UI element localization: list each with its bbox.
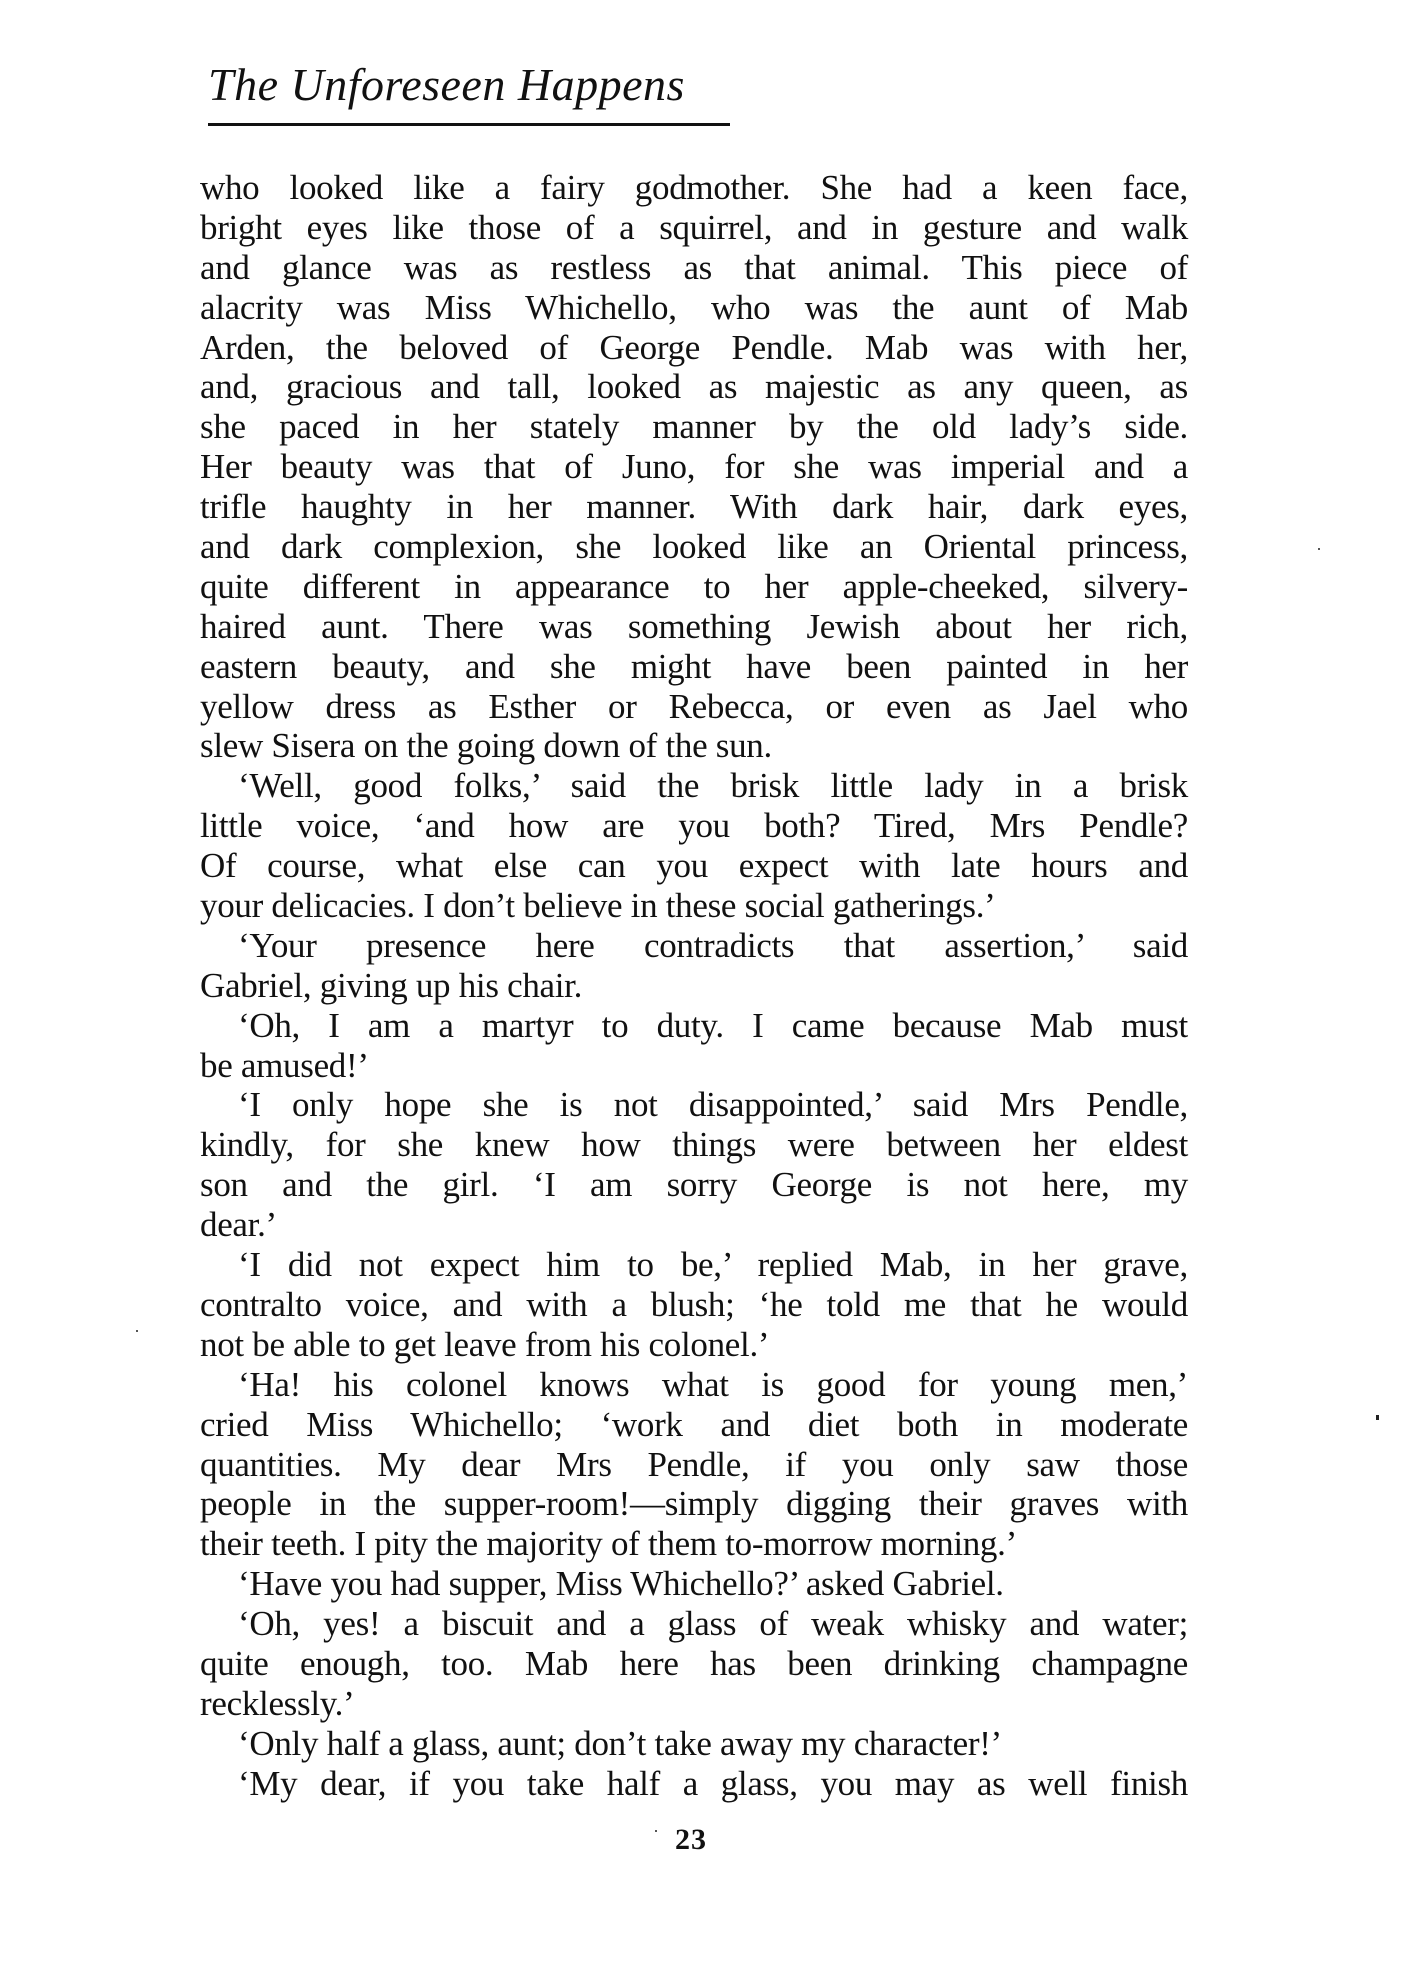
text-line: not be able to get leave from his colone… [200, 1325, 1188, 1365]
scan-speck [655, 1830, 657, 1832]
text-line: cried Miss Whichello; ‘work and diet bot… [200, 1405, 1188, 1445]
text-line: your delicacies. I don’t believe in thes… [200, 886, 1188, 926]
text-line: contralto voice, and with a blush; ‘he t… [200, 1285, 1188, 1325]
body-text: who looked like a fairy godmother. She h… [200, 168, 1188, 1804]
text-line: eastern beauty, and she might have been … [200, 647, 1188, 687]
text-line: haired aunt. There was something Jewish … [200, 607, 1188, 647]
text-line: bright eyes like those of a squirrel, an… [200, 208, 1188, 248]
scan-speck [1376, 1415, 1379, 1420]
text-line: ‘I only hope she is not disappointed,’ s… [200, 1085, 1188, 1125]
text-line: dear.’ [200, 1205, 1188, 1245]
text-line: alacrity was Miss Whichello, who was the… [200, 288, 1188, 328]
text-line: yellow dress as Esther or Rebecca, or ev… [200, 687, 1188, 727]
text-line: ‘My dear, if you take half a glass, you … [200, 1764, 1188, 1804]
text-line: ‘Ha! his colonel knows what is good for … [200, 1365, 1188, 1405]
text-line: little voice, ‘and how are you both? Tir… [200, 806, 1188, 846]
text-line: quantities. My dear Mrs Pendle, if you o… [200, 1445, 1188, 1485]
text-line: and dark complexion, she looked like an … [200, 527, 1188, 567]
scan-speck [136, 1330, 138, 1332]
text-line: trifle haughty in her manner. With dark … [200, 487, 1188, 527]
text-line: Of course, what else can you expect with… [200, 846, 1188, 886]
text-line: slew Sisera on the going down of the sun… [200, 726, 1188, 766]
text-line: ‘Oh, yes! a biscuit and a glass of weak … [200, 1604, 1188, 1644]
scan-speck [1318, 548, 1320, 550]
text-line: people in the supper-room!—simply diggin… [200, 1484, 1188, 1524]
text-line: quite enough, too. Mab here has been dri… [200, 1644, 1188, 1684]
text-line: and, gracious and tall, looked as majest… [200, 367, 1188, 407]
text-line: quite different in appearance to her app… [200, 567, 1188, 607]
running-head-rule [208, 123, 730, 126]
text-line: ‘Well, good folks,’ said the brisk littl… [200, 766, 1188, 806]
text-line: ‘Only half a glass, aunt; don’t take awa… [200, 1724, 1188, 1764]
text-line: ‘Your presence here contradicts that ass… [200, 926, 1188, 966]
text-line: ‘Oh, I am a martyr to duty. I came becau… [200, 1006, 1188, 1046]
text-line: and glance was as restless as that anima… [200, 248, 1188, 288]
text-line: who looked like a fairy godmother. She h… [200, 168, 1188, 208]
text-line: Gabriel, giving up his chair. [200, 966, 1188, 1006]
text-line: Her beauty was that of Juno, for she was… [200, 447, 1188, 487]
text-line: she paced in her stately manner by the o… [200, 407, 1188, 447]
text-line: be amused!’ [200, 1046, 1188, 1086]
text-line: recklessly.’ [200, 1684, 1188, 1724]
text-line: ‘Have you had supper, Miss Whichello?’ a… [200, 1564, 1188, 1604]
text-line: Arden, the beloved of George Pendle. Mab… [200, 328, 1188, 368]
text-line: their teeth. I pity the majority of them… [200, 1524, 1188, 1564]
page-number: 23 [675, 1822, 707, 1858]
text-line: son and the girl. ‘I am sorry George is … [200, 1165, 1188, 1205]
text-line: kindly, for she knew how things were bet… [200, 1125, 1188, 1165]
text-line: ‘I did not expect him to be,’ replied Ma… [200, 1245, 1188, 1285]
running-head: The Unforeseen Happens [208, 60, 730, 110]
page-number-container: 23 [0, 1822, 1404, 1858]
